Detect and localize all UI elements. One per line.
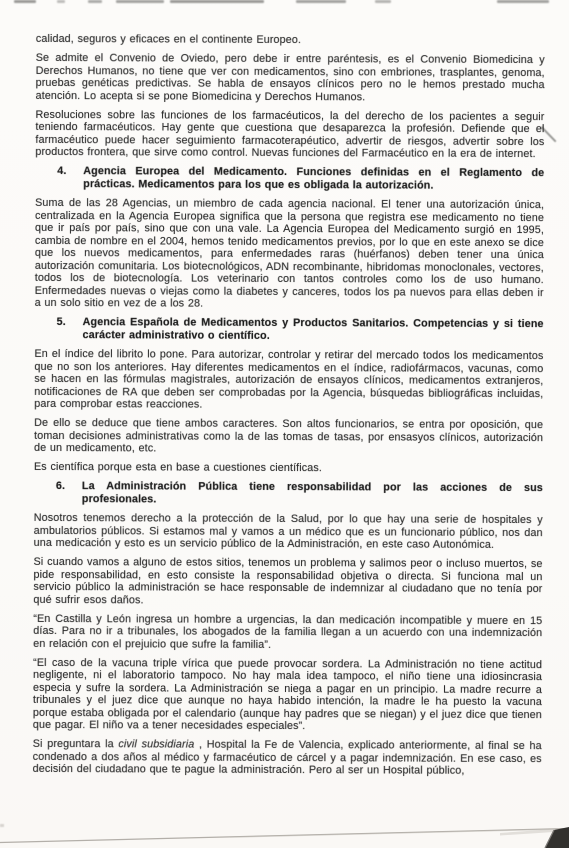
paragraph: calidad, seguros y eficaces en el contin… bbox=[36, 33, 545, 48]
paragraph: “En Castilla y León ingresa un hombre a … bbox=[33, 612, 542, 652]
page-edge-artifact bbox=[0, 820, 569, 848]
paragraph: Se admite el Convenio de Oviedo, pero de… bbox=[36, 52, 545, 104]
heading-number: 5. bbox=[57, 316, 83, 341]
paragraph: En el índice del librito lo pone. Para a… bbox=[34, 348, 543, 413]
paragraph: Resoluciones sobre las funciones de los … bbox=[35, 108, 544, 160]
paragraph: “El caso de la vacuna triple vírica que … bbox=[33, 656, 542, 733]
document-page: calidad, seguros y eficaces en el contin… bbox=[0, 0, 569, 848]
document-content: calidad, seguros y eficaces en el contin… bbox=[0, 0, 569, 778]
section-heading-5: 5. Agencia Española de Medicamentos y Pr… bbox=[35, 316, 544, 343]
paragraph: De ello se deduce que tiene ambos caract… bbox=[34, 417, 543, 457]
heading-text: Agencia Española de Medicamentos y Produ… bbox=[83, 316, 544, 343]
heading-text: La Administración Pública tiene responsa… bbox=[82, 480, 543, 507]
paragraph: Nosotros tenemos derecho a la protección… bbox=[34, 512, 543, 552]
paragraph: Si preguntara la civil subsidiaria , Hos… bbox=[33, 738, 542, 778]
paragraph: Suma de las 28 Agencias, un miembro de c… bbox=[35, 197, 544, 312]
paragraph-text: Si preguntara la bbox=[33, 738, 119, 750]
heading-text: Agencia Europea del Medicamento. Funcion… bbox=[83, 165, 544, 192]
paragraph: Si cuando vamos a alguno de estos sitios… bbox=[33, 556, 542, 608]
paragraph: Es científica porque esta en base a cues… bbox=[34, 461, 543, 476]
heading-number: 6. bbox=[56, 480, 82, 505]
italic-phrase: civil subsidiaria bbox=[118, 738, 194, 750]
heading-number: 4. bbox=[57, 165, 83, 190]
section-heading-6: 6. La Administración Pública tiene respo… bbox=[34, 480, 543, 507]
section-heading-4: 4. Agencia Europea del Medicamento. Func… bbox=[35, 165, 544, 192]
